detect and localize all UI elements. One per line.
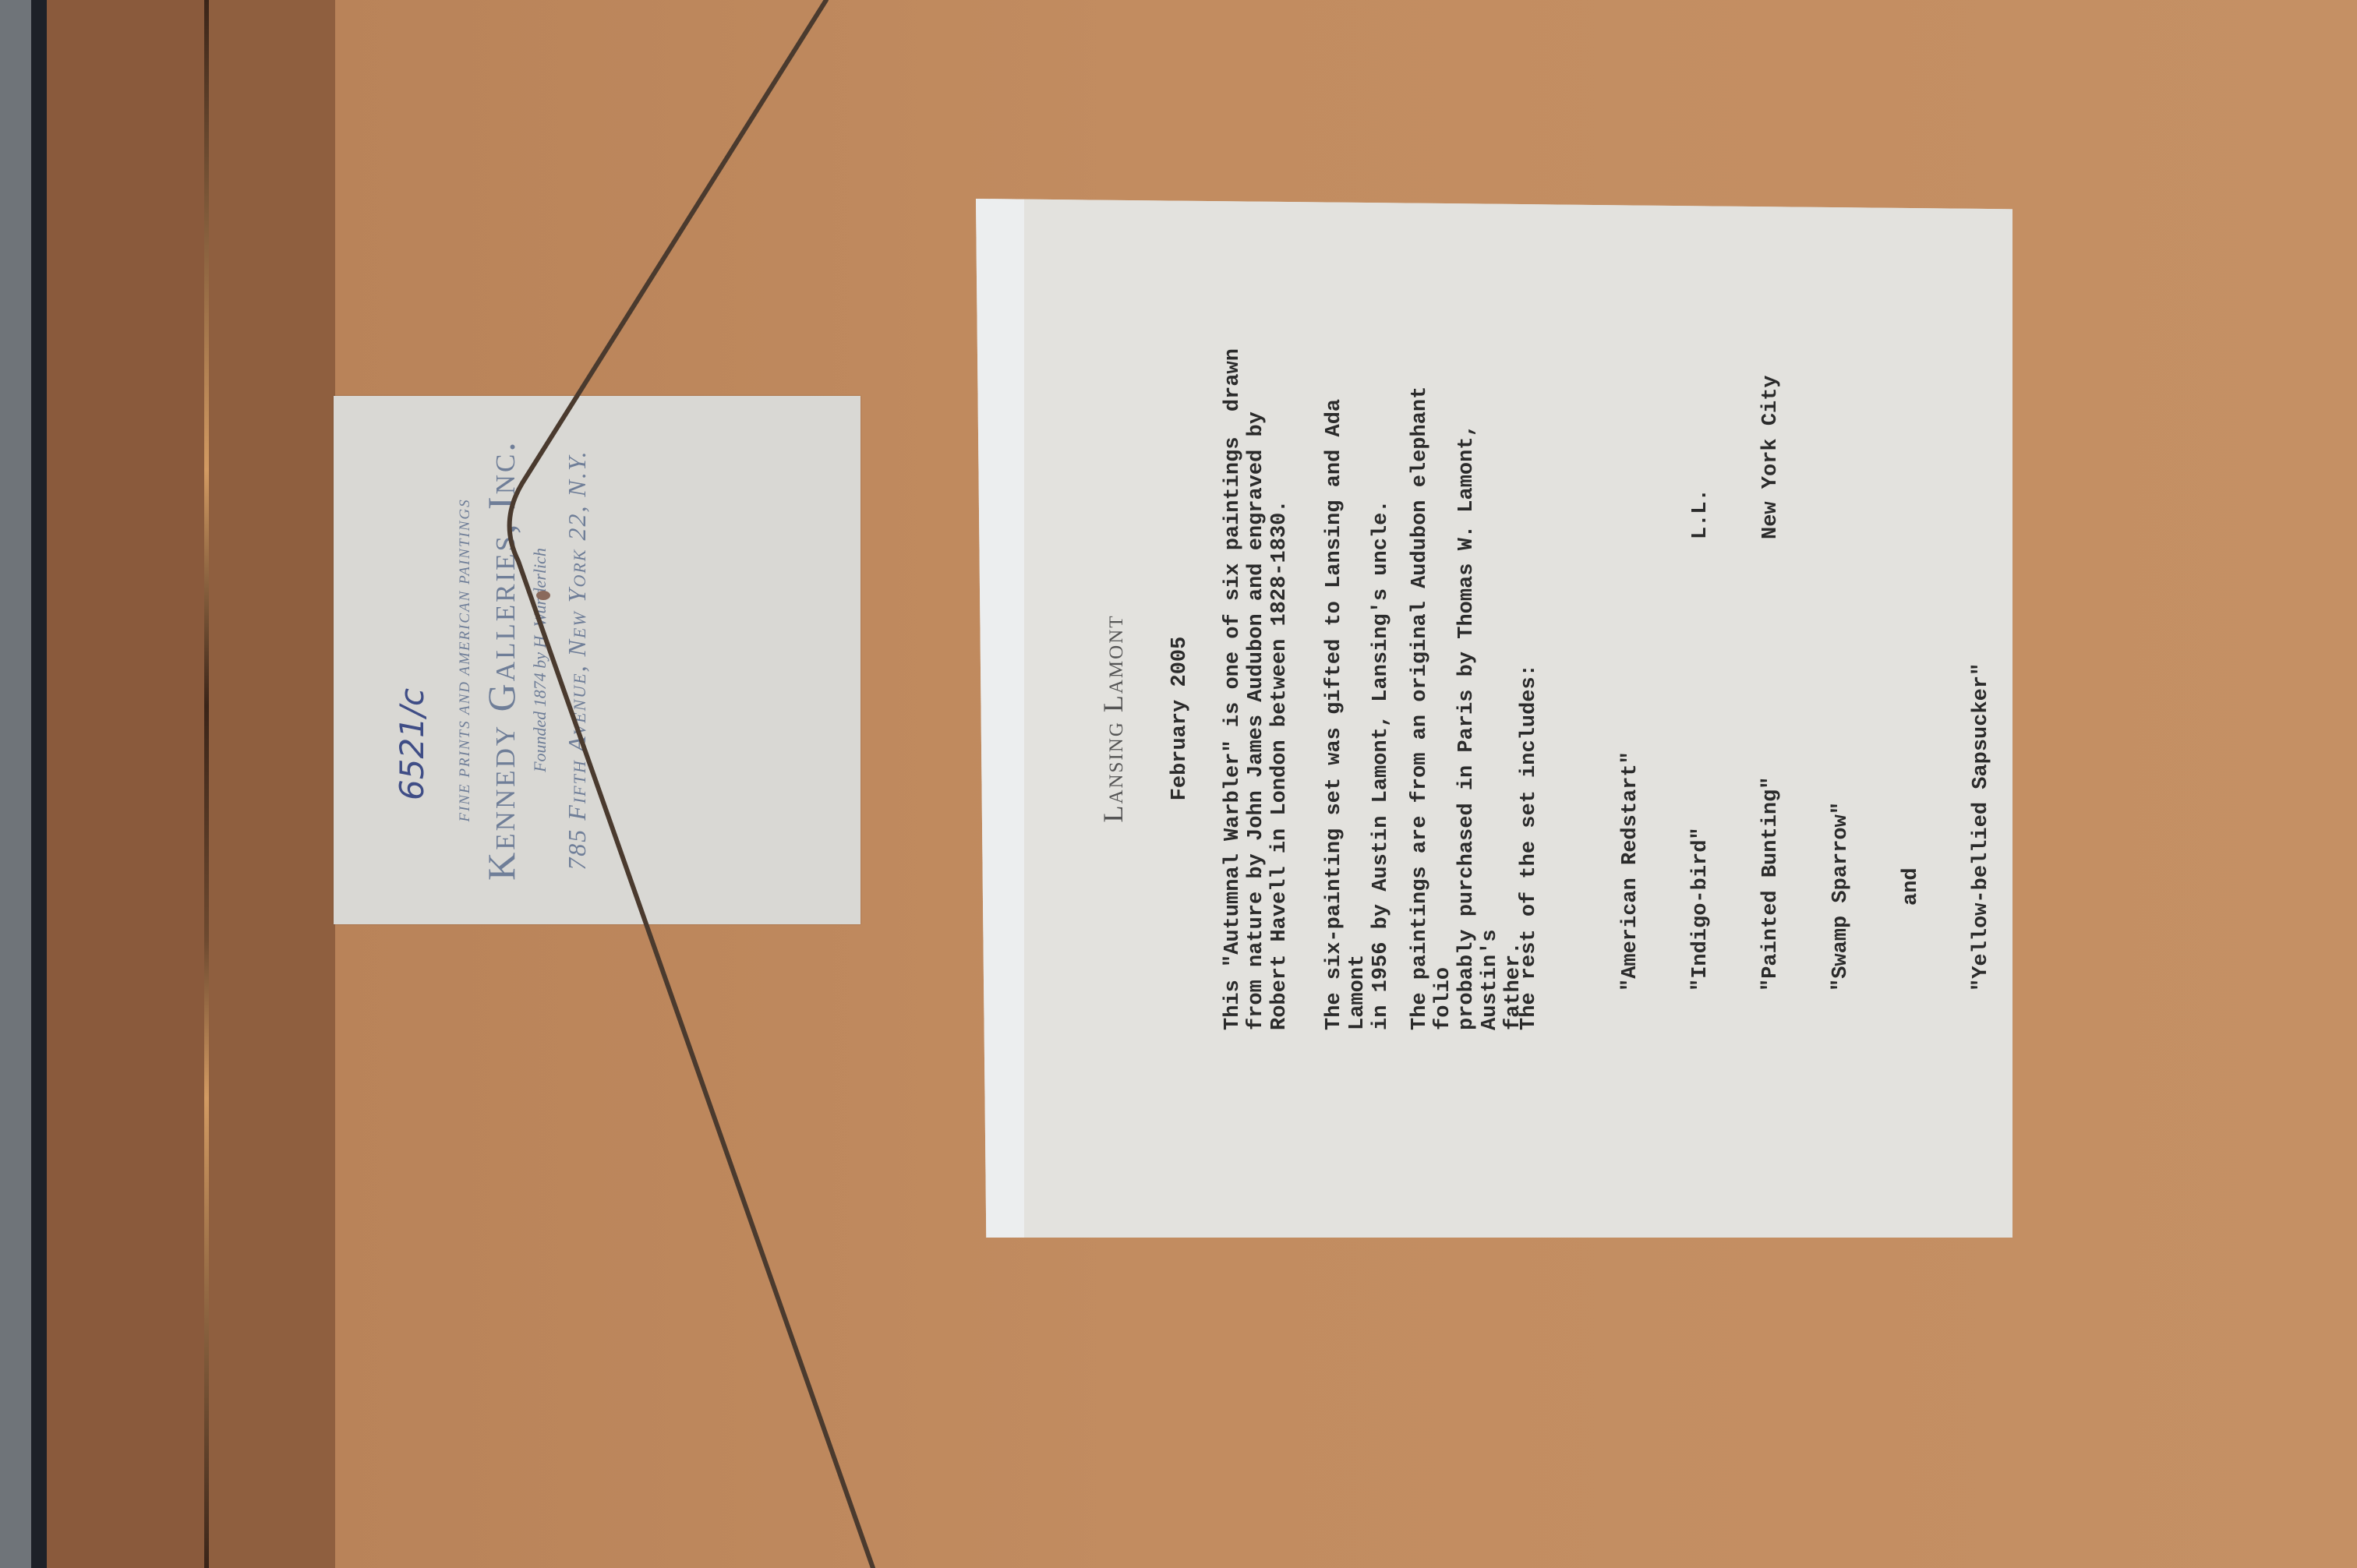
gallery-label-text: 6521/c FINE PRINTS AND AMERICAN PAINTING… <box>433 403 761 917</box>
frame-outer-edge <box>31 0 48 1568</box>
paragraph: This "Autumnal Warbler" is one of six pa… <box>1221 344 1292 1030</box>
paragraph: The paintings are from an original Audub… <box>1408 344 1525 1030</box>
list-item: "Indigo-bird" <box>1689 662 1712 991</box>
list-item: "Painted Bunting" <box>1759 662 1783 991</box>
frame-inner-rail <box>209 0 335 1568</box>
gallery-label: 6521/c FINE PRINTS AND AMERICAN PAINTING… <box>334 396 860 924</box>
paragraph: The six-painting set was gifted to Lansi… <box>1323 344 1393 1030</box>
letter-content: Lansing Lamont February 2005 This "Autum… <box>1097 251 1892 1186</box>
list-item: "Swamp Sparrow" <box>1829 662 1853 991</box>
signature-block: L.L. New York City <box>1642 375 1829 539</box>
letterhead: Lansing Lamont <box>1101 251 1125 1186</box>
letter-date: February 2005 <box>1168 251 1192 1186</box>
painting-list: "American Redstart" "Indigo-bird" "Paint… <box>1572 662 2040 991</box>
gallery-tagline: FINE PRINTS AND AMERICAN PAINTINGS <box>457 403 474 917</box>
provenance-letter: Lansing Lamont February 2005 This "Autum… <box>976 199 2012 1238</box>
gallery-address: 785 Fifth Avenue, New York 22, N.Y. <box>563 403 592 917</box>
signature-location: New York City <box>1759 375 1783 539</box>
list-item: "American Redstart" <box>1619 662 1642 991</box>
list-item: "Yellow-bellied Sapsucker" <box>1970 662 1993 991</box>
screw-hole <box>536 591 550 600</box>
signature-initials: L.L. <box>1689 375 1712 539</box>
gallery-name: Kennedy Galleries, Inc. <box>479 403 524 917</box>
list-conjunction: and <box>1899 662 1923 991</box>
paragraph: The rest of the set includes: <box>1518 344 1541 1030</box>
gallery-founded: Founded 1874 by H. Wunderlich <box>530 403 550 917</box>
handwritten-inventory-number: 6521/c <box>393 688 431 800</box>
frame-molding <box>47 0 207 1568</box>
